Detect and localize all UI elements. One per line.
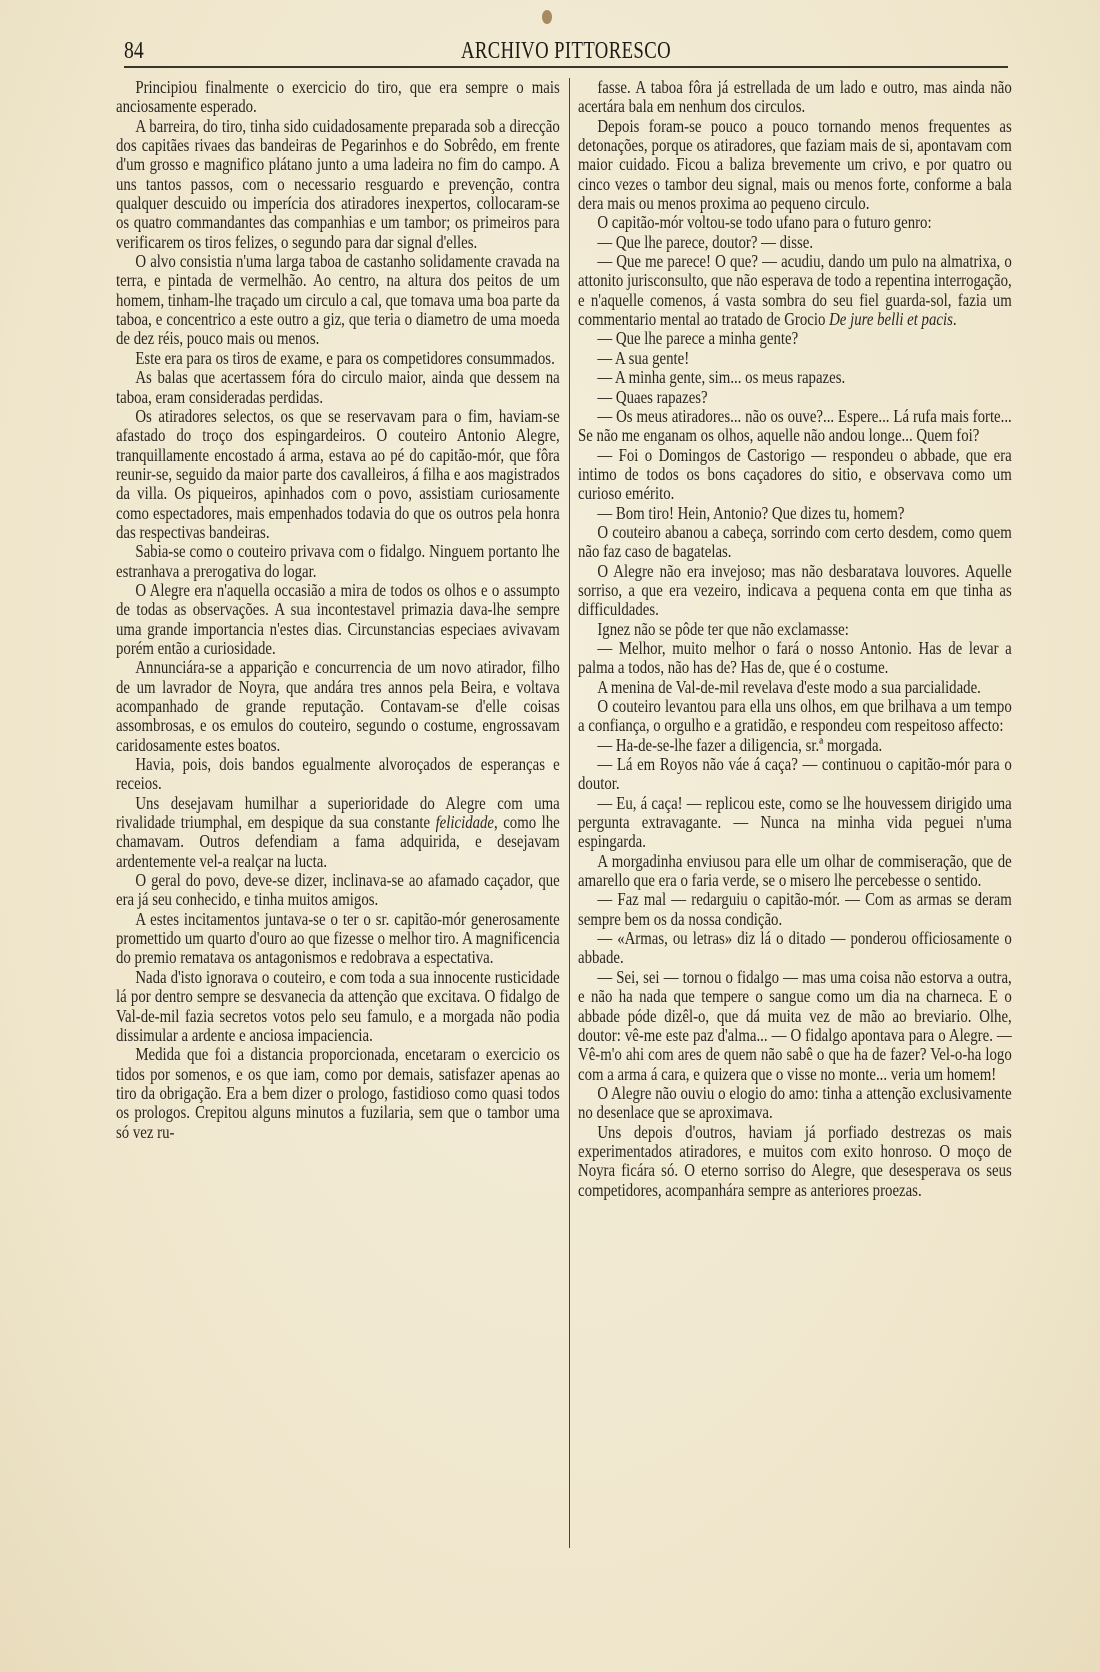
paragraph: O Alegre não era invejoso; mas não desba… <box>578 562 1012 620</box>
running-title: ARCHIVO PITTORESCO <box>221 38 911 65</box>
paragraph: — Que lhe parece, doutor? — disse. <box>578 233 1012 252</box>
paragraph: O capitão-mór voltou-se todo ufano para … <box>578 213 1012 232</box>
paragraph: O Alegre não ouviu o elogio do amo: tinh… <box>578 1084 1012 1123</box>
paragraph: — Bom tiro! Hein, Antonio? Que dizes tu,… <box>578 504 1012 523</box>
paragraph: O couteiro abanou a cabeça, sorrindo com… <box>578 523 1012 562</box>
paragraph: A estes incitamentos juntava-se o ter o … <box>116 910 560 968</box>
paragraph: — «Armas, ou letras» diz lá o ditado — p… <box>578 929 1012 968</box>
paragraph: Os atiradores selectos, os que se reserv… <box>116 407 560 542</box>
paragraph: Uns desejavam humilhar a superioridade d… <box>116 794 560 871</box>
paragraph: — Os meus atiradores... não os ouve?... … <box>578 407 1012 446</box>
paragraph: As balas que acertassem fóra do circulo … <box>116 368 560 407</box>
paragraph: — Melhor, muito melhor o fará o nosso An… <box>578 639 1012 678</box>
paragraph: Nada d'isto ignorava o couteiro, e com t… <box>116 968 560 1045</box>
paragraph: — Faz mal — redarguiu o capitão-mór. — C… <box>578 890 1012 929</box>
paragraph: A barreira, do tiro, tinha sido cuidados… <box>116 117 560 252</box>
paragraph: — Que me parece! O que? — acudiu, dando … <box>578 252 1012 329</box>
paragraph: — Sei, sei — tornou o fidalgo — mas uma … <box>578 968 1012 1084</box>
paragraph: O geral do povo, deve-se dizer, inclinav… <box>116 871 560 910</box>
paragraph: — Foi o Domingos de Castorigo — responde… <box>578 446 1012 504</box>
paragraph: Sabia-se como o couteiro privava com o f… <box>116 542 560 581</box>
paragraph: — Que lhe parece a minha gente? <box>578 329 1012 348</box>
column-divider <box>569 78 570 1548</box>
paragraph: O Alegre era n'aquella occasião a mira d… <box>116 581 560 658</box>
paragraph: Medida que foi a distancia proporcionada… <box>116 1045 560 1142</box>
paragraph: Depois foram-se pouco a pouco tornando m… <box>578 117 1012 214</box>
italic-phrase: felicidade <box>436 812 494 832</box>
header-rule <box>124 66 1008 68</box>
paragraph: Uns depois d'outros, haviam já porfiado … <box>578 1123 1012 1200</box>
paragraph: Principiou finalmente o exercicio do tir… <box>116 78 560 117</box>
paragraph: — A minha gente, sim... os meus rapazes. <box>578 368 1012 387</box>
left-column: Principiou finalmente o exercicio do tir… <box>116 78 560 1142</box>
paragraph: — Eu, á caça! — replicou este, como se l… <box>578 794 1012 852</box>
paragraph: — Ha-de-se-lhe fazer a diligencia, sr.ª … <box>578 736 1012 755</box>
paragraph: — Lá em Royos não váe á caça? — continuo… <box>578 755 1012 794</box>
paragraph: Este era para os tiros de exame, e para … <box>116 349 560 368</box>
paragraph: Ignez não se pôde ter que não exclamasse… <box>578 620 1012 639</box>
italic-phrase: De jure belli et pacis <box>829 309 953 329</box>
page-header: 84 ARCHIVO PITTORESCO <box>124 36 1008 66</box>
paragraph: fasse. A taboa fôra já estrellada de um … <box>578 78 1012 117</box>
right-column: fasse. A taboa fôra já estrellada de um … <box>578 78 1012 1200</box>
paragraph: Annunciára-se a apparição e concurrencia… <box>116 658 560 755</box>
paragraph: O alvo consistia n'uma larga taboa de ca… <box>116 252 560 349</box>
paragraph: — Quaes rapazes? <box>578 388 1012 407</box>
paragraph: Havia, pois, dois bandos egualmente alvo… <box>116 755 560 794</box>
ink-stain <box>542 10 552 24</box>
paragraph: A menina de Val-de-mil revelava d'este m… <box>578 678 1012 697</box>
paragraph: A morgadinha enviusou para elle um olhar… <box>578 852 1012 891</box>
page-number: 84 <box>124 38 144 65</box>
paragraph: O couteiro levantou para ella uns olhos,… <box>578 697 1012 736</box>
paragraph: — A sua gente! <box>578 349 1012 368</box>
